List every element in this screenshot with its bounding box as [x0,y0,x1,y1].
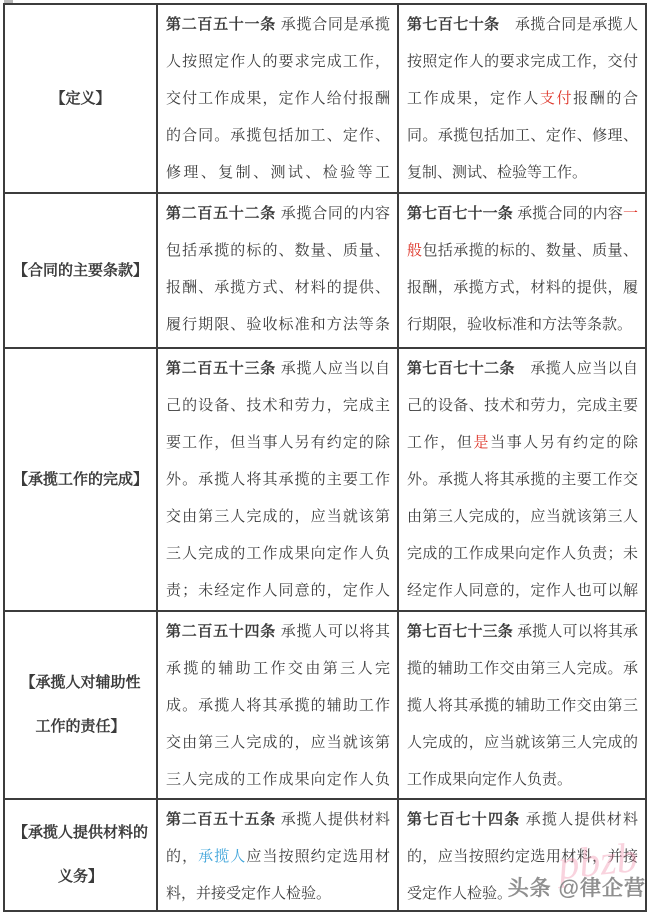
old-law-cell: 第二百五十二条 承揽合同的内容包括承揽的标的、数量、质量、报酬、承揽方式、材料的… [158,194,399,347]
text-segment-bold: 第二百五十二条 [166,205,276,222]
text-segment-normal: 包括承揽的标的、数量、质量、报酬，承揽方式，材料的提供，履行期限，验收标准和方法… [407,242,638,333]
text-segment-normal: 承揽合同的内容 [513,205,623,222]
text-segment-bold: 第七百七十二条 [407,360,515,377]
text-segment-normal: 承揽合同的内容包括承揽的标的、数量、质量、报酬、承揽方式、材料的提供、履行期限、… [166,205,390,347]
category-cell: 【承揽人提供材料的义务】 [5,800,158,910]
table-row: 【定义】第二百五十一条 承揽合同是承揽人按照定作人的要求完成工作，交付工作成果，… [5,5,645,194]
text-segment-red: 是 [473,434,490,451]
new-law-cell: 第七百七十三条 承揽人可以将其承揽的辅助工作交由第三人完成。承揽人将其承揽的辅助… [399,612,645,798]
old-law-cell: 第二百五十五条 承揽人提供材料的，承揽人应当按照约定选用材料，并接受定作人检验。 [158,800,399,910]
text-segment-bold: 第二百五十三条 [166,360,276,377]
text-segment-normal: 承揽合同是承揽人按照定作人的要求完成工作，交付工作成果，定作人给付报酬的合同。承… [166,16,390,192]
new-law-cell: 第七百七十一条 承揽合同的内容一般包括承揽的标的、数量、质量、报酬，承揽方式，材… [399,194,645,347]
text-segment-bold: 第二百五十一条 [166,16,276,33]
text-segment-bold: 第二百五十四条 [166,623,276,640]
text-segment-normal: 当事人另有约定的除外。承揽人将其承揽的主要工作交由第三人完成的，应当就该第三人完… [407,434,638,610]
text-segment-normal: 承揽人可以将其承揽的辅助工作交由第三人完成。承揽人将其承揽的辅助工作交由第三人完… [166,623,390,798]
text-segment-bold: 第七百七十一条 [407,205,513,222]
text-segment-normal: 承揽人应当以自己的设备、技术和劳力，完成主要工作，但当事人另有约定的除外。承揽人… [166,360,390,610]
category-label: 【承揽工作的完成】 [13,458,148,502]
new-law-cell: 第七百七十条 承揽合同是承揽人按照定作人的要求完成工作，交付工作成果，定作人支付… [399,5,645,192]
old-law-cell: 第二百五十一条 承揽合同是承揽人按照定作人的要求完成工作，交付工作成果，定作人给… [158,5,399,192]
text-segment-blue: 承揽人 [198,848,246,865]
text-segment-bold: 第七百七十条 [407,16,500,33]
table-row: 【合同的主要条款】第二百五十二条 承揽合同的内容包括承揽的标的、数量、质量、报酬… [5,194,645,349]
category-cell: 【承揽工作的完成】 [5,349,158,610]
old-law-cell: 第二百五十三条 承揽人应当以自己的设备、技术和劳力，完成主要工作，但当事人另有约… [158,349,399,610]
category-cell: 【定义】 [5,5,158,192]
text-segment-red: 支付 [540,90,573,107]
category-label: 【合同的主要条款】 [13,249,148,293]
category-label: 【定义】 [50,77,110,121]
text-segment-bold: 第七百七十三条 [407,623,513,640]
text-segment-normal: 承揽人可以将其承揽的辅助工作交由第三人完成。承揽人将其承揽的辅助工作交由第三人完… [407,623,638,788]
table-row: 【承揽工作的完成】第二百五十三条 承揽人应当以自己的设备、技术和劳力，完成主要工… [5,349,645,612]
category-label: 【承揽人提供材料的义务】 [13,811,148,899]
comparison-table: 【定义】第二百五十一条 承揽合同是承揽人按照定作人的要求完成工作，交付工作成果，… [3,3,647,912]
text-segment-bold: 第二百五十五条 [166,811,276,828]
category-label: 【承揽人对辅助性工作的责任】 [20,661,140,749]
table-row: 【承揽人对辅助性工作的责任】第二百五十四条 承揽人可以将其承揽的辅助工作交由第三… [5,612,645,800]
category-cell: 【承揽人对辅助性工作的责任】 [5,612,158,798]
toutiao-watermark: 头条 @律企营 [508,872,646,902]
new-law-cell: 第七百七十二条 承揽人应当以自己的设备、技术和劳力，完成主要工作，但是当事人另有… [399,349,645,610]
text-segment-bold: 第七百七十四条 [407,811,520,828]
category-cell: 【合同的主要条款】 [5,194,158,347]
old-law-cell: 第二百五十四条 承揽人可以将其承揽的辅助工作交由第三人完成。承揽人将其承揽的辅助… [158,612,399,798]
